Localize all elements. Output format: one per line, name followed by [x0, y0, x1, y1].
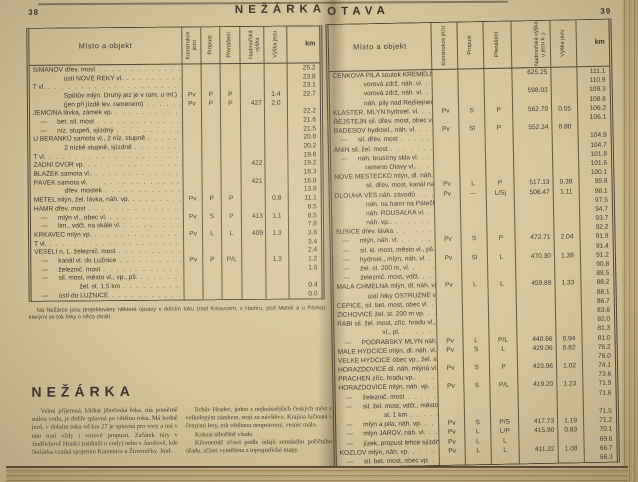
dot-leader: . . . . . . . . . . . . . . . . . . . . … [419, 126, 433, 133]
p-cell: S [464, 418, 490, 428]
vj-cell: 1.38 [554, 251, 580, 261]
p-cell [459, 170, 485, 180]
column-header-propust: Propust [200, 27, 219, 63]
p-cell [202, 281, 221, 290]
p-cell [459, 133, 485, 143]
dash-mark: — [340, 458, 364, 465]
book-scan: 38 NEŽÁRKA Místo a objekt Konstrukce jez… [0, 0, 638, 482]
p-cell [462, 326, 488, 336]
k-cell [432, 79, 458, 89]
place-cell: ústí NOVÉ ŘEKY vl.. . . . . . . . . . . … [30, 74, 182, 82]
nv-cell [241, 194, 265, 203]
vj-cell [554, 242, 580, 252]
place-label: ústí NOVÉ ŘEKY vl. [64, 75, 123, 83]
vj-cell [556, 352, 582, 362]
vj-cell [557, 407, 583, 417]
place-label: T vl. [33, 153, 45, 160]
pr-cell [221, 238, 241, 247]
place-label: níz. stupeň, sjízdný [57, 127, 114, 134]
dot-leader: . . . . . . . . . . . . . . . . . . . . … [126, 74, 182, 81]
place-cell: BLAŽEK samota vl... . . . . . . . . . . … [30, 170, 182, 178]
p-cell [202, 177, 221, 186]
k-cell [433, 134, 459, 144]
dot-leader: . . . . . . . . . . . . . . . . . . . . … [48, 83, 182, 91]
dash-mark: — [339, 394, 363, 401]
dot-leader: . . . . . . . . . . . . . . . . . . . . … [49, 239, 183, 247]
p-cell [462, 299, 488, 309]
pr-cell [220, 134, 240, 143]
place-label: kanál vl. do Lužnice [58, 257, 116, 265]
vj-cell: 2.0 [264, 98, 287, 107]
pr-cell: P [221, 194, 241, 203]
place-label: SUŠICE dřev. lávka [335, 228, 393, 236]
place-label: náh. pily nad Rejštejnem vp. [364, 99, 432, 107]
vj-cell [265, 177, 288, 186]
place-label: 2 nízké stupně, sjízdné [64, 144, 132, 152]
k-cell [436, 290, 462, 300]
page-number: 39 [600, 7, 611, 16]
vj-cell: 0.8 [265, 194, 288, 203]
place-label: PRÁCHEŇ zříc. hradu vp.. [338, 375, 416, 383]
dot-leader: . . . . . . . . . . . . . . . . . . . . … [148, 135, 182, 142]
nv-cell [241, 246, 265, 255]
p-cell [201, 125, 220, 134]
km-cell: 19.6 [287, 150, 320, 159]
dash-mark: — [336, 256, 360, 263]
place-cell: (jen při jízdě lev. ramenem). . . . . . … [30, 100, 182, 108]
p-cell [201, 134, 220, 143]
dash-mark: — [336, 247, 360, 254]
vj-cell [554, 269, 580, 279]
km-cell: 22.2 [287, 107, 320, 116]
place-label: T vl. [33, 84, 45, 91]
place-label: KOZLOV mlýn, náh. vp. [340, 448, 410, 456]
p-cell [201, 73, 220, 82]
dash-mark: — [35, 292, 59, 299]
vj-cell: 0.80 [551, 122, 577, 132]
k-cell [182, 125, 201, 134]
km-cell: 11.1 [288, 194, 321, 203]
place-label: dřev. mostek [65, 188, 102, 195]
vj-cell: 0.83 [557, 426, 583, 436]
place-label: mlýn, náh. vl. [360, 237, 399, 245]
dot-leader: . . . . . . . . . . . . . . . . . . . . … [95, 170, 182, 178]
vj-cell [265, 263, 288, 272]
vj-cell [555, 306, 581, 316]
place-label: Špůtův mlýn. Druhý jez je v ram. u ml.) [64, 91, 177, 99]
place-label: METEL mlýn, žel. lávka, náh. vp. [34, 196, 130, 204]
nv-cell: 421 [241, 177, 265, 186]
place-cell: PÁVEK samota vl.. . . . . . . . . . . . … [31, 178, 183, 186]
vj-cell: 1.33 [554, 279, 580, 289]
km-cell [288, 272, 321, 281]
p-cell [201, 168, 220, 177]
pr-cell [222, 290, 242, 299]
place-cell: dřev. mostek. . . . . . . . . . . . . . … [31, 187, 183, 195]
dot-leader: . . . . . . . . . . . . . . . . . . . . … [420, 163, 433, 170]
river-title: NEŽÁRKA [235, 3, 326, 16]
description-paragraph: Velmi příjemná, klidná jihočeská řeka, m… [32, 407, 178, 457]
km-cell: 13.8 [288, 185, 321, 194]
place-cell: —lim., vdčt. na skále vl.. . . . . . . .… [31, 222, 183, 230]
pr-cell [221, 264, 241, 273]
pr-cell [491, 454, 519, 464]
place-label: mlýn JAROV, náh. vl. [363, 430, 425, 438]
column-header-place: Místo a objekt [328, 23, 431, 71]
p-cell [465, 455, 491, 465]
place-label: ANÍN sil. žel. most [334, 146, 388, 154]
place-label: žel. st. 1.5 km [79, 283, 120, 290]
nv-cell [241, 255, 265, 264]
place-label: sil. bet. most, obec vp. [364, 457, 430, 465]
river-table-nezarka: Místo a objekt Konstrukce jezu Propust P… [26, 25, 324, 301]
dot-leader: . . . . . . . . . . . . . . . . . . . . … [97, 118, 182, 126]
place-label: HAMR dřev. most [34, 205, 86, 212]
place-cell: T vl.. . . . . . . . . . . . . . . . . .… [30, 152, 182, 160]
k-cell [435, 262, 461, 272]
nv-cell [240, 107, 264, 116]
dash-mark: — [334, 155, 358, 162]
dash-mark: — [34, 214, 58, 221]
pr-cell: P [220, 99, 240, 108]
k-cell [182, 73, 201, 82]
k-cell [434, 198, 460, 208]
p-cell: S [463, 345, 489, 355]
pr-cell: L [221, 229, 241, 238]
vj-cell [265, 246, 288, 255]
pr-cell [221, 273, 241, 282]
column-header-vyska-jezu: Výška jezu [263, 27, 286, 63]
vj-cell: 1.3 [265, 255, 288, 264]
k-cell: Pv [438, 428, 464, 438]
p-cell: S [463, 381, 489, 391]
dot-leader: . . . . . . . . . . . . . . . . . . . . … [407, 393, 437, 401]
k-cell [184, 290, 203, 299]
vj-cell [265, 281, 288, 290]
description-paragraph: řichův Hradec, jedno z nejkrásnějších če… [186, 405, 332, 431]
k-cell [437, 354, 463, 364]
place-label: DLOUHÁ VES náh. závodů [335, 191, 415, 200]
k-cell [432, 115, 458, 125]
pr-cell: P [221, 212, 241, 221]
place-label: náh. na hamr na Pátečku vl. [366, 200, 434, 208]
dash-mark: — [33, 119, 57, 126]
nv-cell [240, 81, 264, 90]
km-cell: 20.2 [287, 142, 320, 151]
place-label: železnič. most [363, 393, 405, 401]
p-cell: Sl [458, 124, 484, 134]
place-label: mlýn a pila, náh. vp. [363, 421, 422, 429]
dot-leader: . . . . . . . . . . . . . . . . . . . . … [396, 227, 434, 235]
km-cell: 0.0 [289, 289, 322, 298]
pr-cell: P/L [221, 255, 241, 264]
vj-cell [557, 435, 583, 445]
km-cell: 8.5 [288, 211, 321, 220]
pr-cell [221, 246, 241, 255]
place-cell: Špůtův mlýn. Druhý jez je v ram. u ml.).… [30, 91, 182, 99]
right-page: OTAVA 39 Místo a objekt Konstrukce jezu … [325, 0, 626, 470]
nv-cell [240, 133, 264, 142]
pr-cell [220, 160, 240, 169]
dot-leader: . . . . . . . . . . . . . . . . . . . . … [124, 222, 183, 230]
vj-cell [266, 289, 289, 298]
km-cell: 23.1 [287, 81, 320, 90]
p-cell [462, 317, 488, 327]
place-cell: —sil. most, město vl., vp., pš.. . . . .… [31, 274, 183, 282]
vj-cell [265, 220, 288, 229]
p-cell [458, 97, 484, 107]
p-cell [201, 116, 220, 125]
p-cell: L [462, 335, 488, 345]
vj-cell [551, 95, 577, 105]
k-cell [182, 160, 201, 169]
dot-leader: . . . . . . . . . . . . . . . . . . . . … [421, 154, 433, 161]
p-cell [201, 82, 220, 91]
k-cell [435, 272, 461, 282]
k-cell [439, 455, 465, 465]
place-label: náh. brusírny skla vl. [358, 154, 419, 162]
vj-cell: 0.39 [552, 178, 578, 188]
vj-cell [552, 132, 578, 142]
book-fore-edge [622, 0, 638, 482]
k-cell [433, 161, 459, 171]
p-cell [459, 161, 485, 171]
place-label: rameno Otavy vl.. [365, 163, 417, 171]
k-cell: Pv [183, 229, 202, 238]
p-cell [464, 391, 490, 401]
place-cell: —železnič. most. . . . . . . . . . . . .… [31, 265, 183, 273]
k-cell [182, 64, 201, 73]
column-header-konstrukce: Konstrukce jezu [181, 27, 200, 63]
vj-cell [553, 205, 579, 215]
dash-mark: — [34, 258, 58, 265]
column-header-km: km [286, 26, 319, 62]
table-footnote: Na Nežárce jsou projektovány některé úpr… [29, 305, 327, 322]
p-cell [460, 207, 486, 217]
p-cell [458, 87, 484, 97]
river-description-section: NEŽÁRKA Velmi příjemná, klidná jihočeská… [31, 381, 332, 457]
vj-cell [264, 124, 287, 133]
place-label: ZADNÍ DVŮR vp. [33, 162, 84, 169]
dash-mark: — [34, 266, 58, 273]
km-cell: 3.8 [288, 228, 321, 237]
dot-leader: . . . . . . . . . . . . . . . . . . . . … [94, 230, 183, 238]
place-cell: JEMČINA lávka, zámek vp.. . . . . . . . … [30, 109, 182, 117]
p-cell [202, 186, 221, 195]
place-label: žel. st. 200 m, vl. [360, 265, 410, 273]
place-label: sil. žel. most, vdčt., město vl., pš., ž… [363, 402, 438, 410]
k-cell: Pv [434, 189, 460, 199]
dash-mark: — [339, 403, 363, 410]
dot-leader: . . . . . . . . . . . . . . . . . . . . … [428, 310, 437, 317]
km-cell: 21.6 [287, 115, 320, 124]
left-page: 38 NEŽÁRKA Místo a objekt Konstrukce jez… [14, 0, 330, 470]
nv-cell [240, 90, 264, 99]
dot-leader: . . . . . . . . . . . . . . . . . . . . … [132, 196, 182, 203]
vj-cell [553, 223, 579, 233]
vj-cell [265, 203, 288, 212]
km-cell: 20.8 [287, 133, 320, 142]
vj-cell [551, 113, 577, 123]
p-cell [201, 64, 220, 73]
place-label: lim., vdčt. na skále vl. [58, 222, 121, 230]
nv-cell [241, 238, 265, 247]
km-cell: 0.4 [288, 281, 321, 290]
vj-cell [552, 141, 578, 151]
nv-cell: 427 [240, 99, 264, 108]
k-cell [438, 400, 464, 410]
dot-leader: . . . . . . . . . . . . . . . . . . . . … [110, 213, 183, 221]
place-label: st. 1 km [384, 412, 407, 419]
pr-cell [220, 142, 240, 151]
vj-cell: 1.19 [557, 416, 583, 426]
dot-leader: . . . . . . . . . . . . . . . . . . . . … [117, 126, 183, 134]
vj-cell [550, 76, 576, 86]
dot-leader: . . . . . . . . . . . . . . . . . . . . … [98, 65, 182, 73]
k-cell: Pv [183, 195, 202, 204]
k-cell: Pv [435, 235, 461, 245]
place-label: jízek, propust lehce sjízdná [363, 439, 438, 447]
p-cell [202, 264, 221, 273]
place-cell: METEL mlýn, žel. lávka, náh. vp.. . . . … [31, 196, 183, 204]
k-cell [434, 207, 460, 217]
column-header-place: Místo a objekt [29, 28, 181, 65]
p-cell: Sl [461, 253, 487, 263]
k-cell [183, 203, 202, 212]
river-table-otava: Místo a objekt Konstrukce jezu Propust P… [325, 19, 619, 468]
place-cell: T vl.. . . . . . . . . . . . . . . . . .… [31, 239, 183, 247]
place-label: železnič. most [58, 266, 100, 273]
column-header-konstrukce: Konstrukce jezu [430, 23, 457, 69]
k-cell [437, 373, 463, 383]
pr-cell: P [220, 90, 240, 99]
k-cell [433, 171, 459, 181]
dot-leader: . . . . . . . . . . . . . . . . . . . . … [422, 108, 432, 115]
p-cell [462, 290, 488, 300]
pr-cell [221, 281, 241, 290]
vj-cell: 1.08 [558, 444, 584, 454]
vj-cell [553, 214, 579, 224]
p-cell: L [461, 280, 487, 290]
dot-leader: . . . . . . . . . . . . . . . . . . . . … [425, 420, 438, 427]
pr-cell [220, 64, 240, 73]
p-cell [201, 142, 220, 151]
p-cell: P [202, 195, 221, 204]
section-heading: NEŽÁRKA [31, 381, 331, 400]
dash-mark: — [339, 422, 363, 429]
k-cell: Pv [435, 281, 461, 291]
p-cell [461, 244, 487, 254]
place-label: (jen při jízdě lev. ramenem) [64, 100, 143, 108]
km-cell [287, 98, 320, 107]
k-cell: Pv [438, 437, 464, 447]
dot-leader: . . . . . . . . . . . . . . . . . . . . … [428, 429, 438, 436]
dash-mark: — [33, 127, 57, 134]
p-cell [460, 225, 486, 235]
km-cell: 2.4 [288, 246, 321, 255]
vj-cell [556, 370, 582, 380]
km-cell: 19.2 [287, 159, 320, 168]
k-cell: Pv [183, 255, 202, 264]
place-label: vorová zdrž, náh. vl. [364, 90, 423, 98]
place-cell: —bet. sil. most. . . . . . . . . . . . .… [30, 118, 182, 126]
vj-cell: 1.3 [265, 229, 288, 238]
dot-leader: . . . . . . . . . . . . . . . . . . . . … [90, 178, 182, 186]
km-cell: 66.3 [584, 452, 617, 462]
p-cell [464, 400, 490, 410]
dash-mark: — [337, 339, 361, 346]
dash-mark: — [339, 440, 363, 447]
k-cell [434, 217, 460, 227]
vj-cell: 0.94 [555, 334, 581, 344]
place-label: náh. ROUŠALKA vl. [366, 209, 425, 217]
p-cell: L [464, 436, 490, 446]
place-label: PODRABSKÝ MLÝN náh. vl. [361, 338, 436, 346]
place-cell: U BERÁNKŮ samota vl., 2 níz. stupně. . .… [30, 135, 182, 143]
pr-cell [221, 203, 241, 212]
p-cell [460, 198, 486, 208]
km-cell: 21.5 [287, 124, 320, 133]
p-cell [457, 69, 483, 79]
vj-cell [556, 389, 582, 399]
place-cell: 2 nízké stupně, sjízdné. . . . . . . . .… [30, 144, 182, 152]
vj-cell [265, 185, 288, 194]
dot-leader: . . . . . . . . . . . . . . . . . . . . … [115, 109, 182, 117]
dot-leader: . . . . . . . . . . . . . . . . . . . . … [88, 204, 183, 212]
p-cell [202, 247, 221, 256]
left-page-header: 38 NEŽÁRKA [14, 0, 326, 22]
place-cell: —kanál vl. do Lužnice. . . . . . . . . .… [31, 257, 183, 265]
k-cell: Pv [438, 419, 464, 429]
km-cell: 16.8 [288, 176, 321, 185]
dot-leader: . . . . . . . . . . . . . . . . . . . . … [119, 248, 184, 256]
k-cell [183, 282, 202, 291]
place-label: sil. kl. most, město vl., pš. [360, 246, 435, 254]
place-label: KRKAVEC mlýn vp. [34, 231, 91, 239]
nv-cell: 413 [241, 212, 265, 221]
pr-cell [220, 151, 240, 160]
p-cell: S [461, 234, 487, 244]
nv-cell [241, 185, 265, 194]
nv-cell [241, 220, 265, 229]
p-cell [201, 108, 220, 117]
pr-cell [220, 168, 240, 177]
vj-cell [264, 150, 287, 159]
nv-cell [240, 116, 264, 125]
k-cell [182, 108, 201, 117]
k-cell: Pv [437, 345, 463, 355]
km-cell: 18.3 [287, 168, 320, 177]
description-column-1: Velmi příjemná, klidná jihočeská řeka, m… [32, 407, 178, 457]
p-cell: S [202, 212, 221, 221]
k-cell [182, 143, 201, 152]
km-cell: 3.4 [288, 237, 321, 246]
place-label: mlýn vl., obec vl. [58, 214, 107, 221]
place-label: vorová zdrž, náh. vl. [364, 81, 423, 89]
place-label: železnič. most, vdčt. [360, 274, 419, 282]
dash-mark: — [339, 431, 363, 438]
p-cell [202, 238, 221, 247]
k-cell [183, 238, 202, 247]
dot-leader: . . . . . . . . . . . . . . . . . . . . … [401, 236, 434, 244]
dot-leader: . . . . . . . . . . . . . . . . . . . . … [412, 448, 438, 456]
nv-cell [241, 272, 265, 281]
k-cell [436, 318, 462, 328]
vj-cell: 1.02 [556, 361, 582, 371]
k-cell [183, 264, 202, 273]
dot-leader: . . . . . . . . . . . . . . . . . . . . … [103, 265, 183, 273]
km-cell: 7.8 [288, 220, 321, 229]
